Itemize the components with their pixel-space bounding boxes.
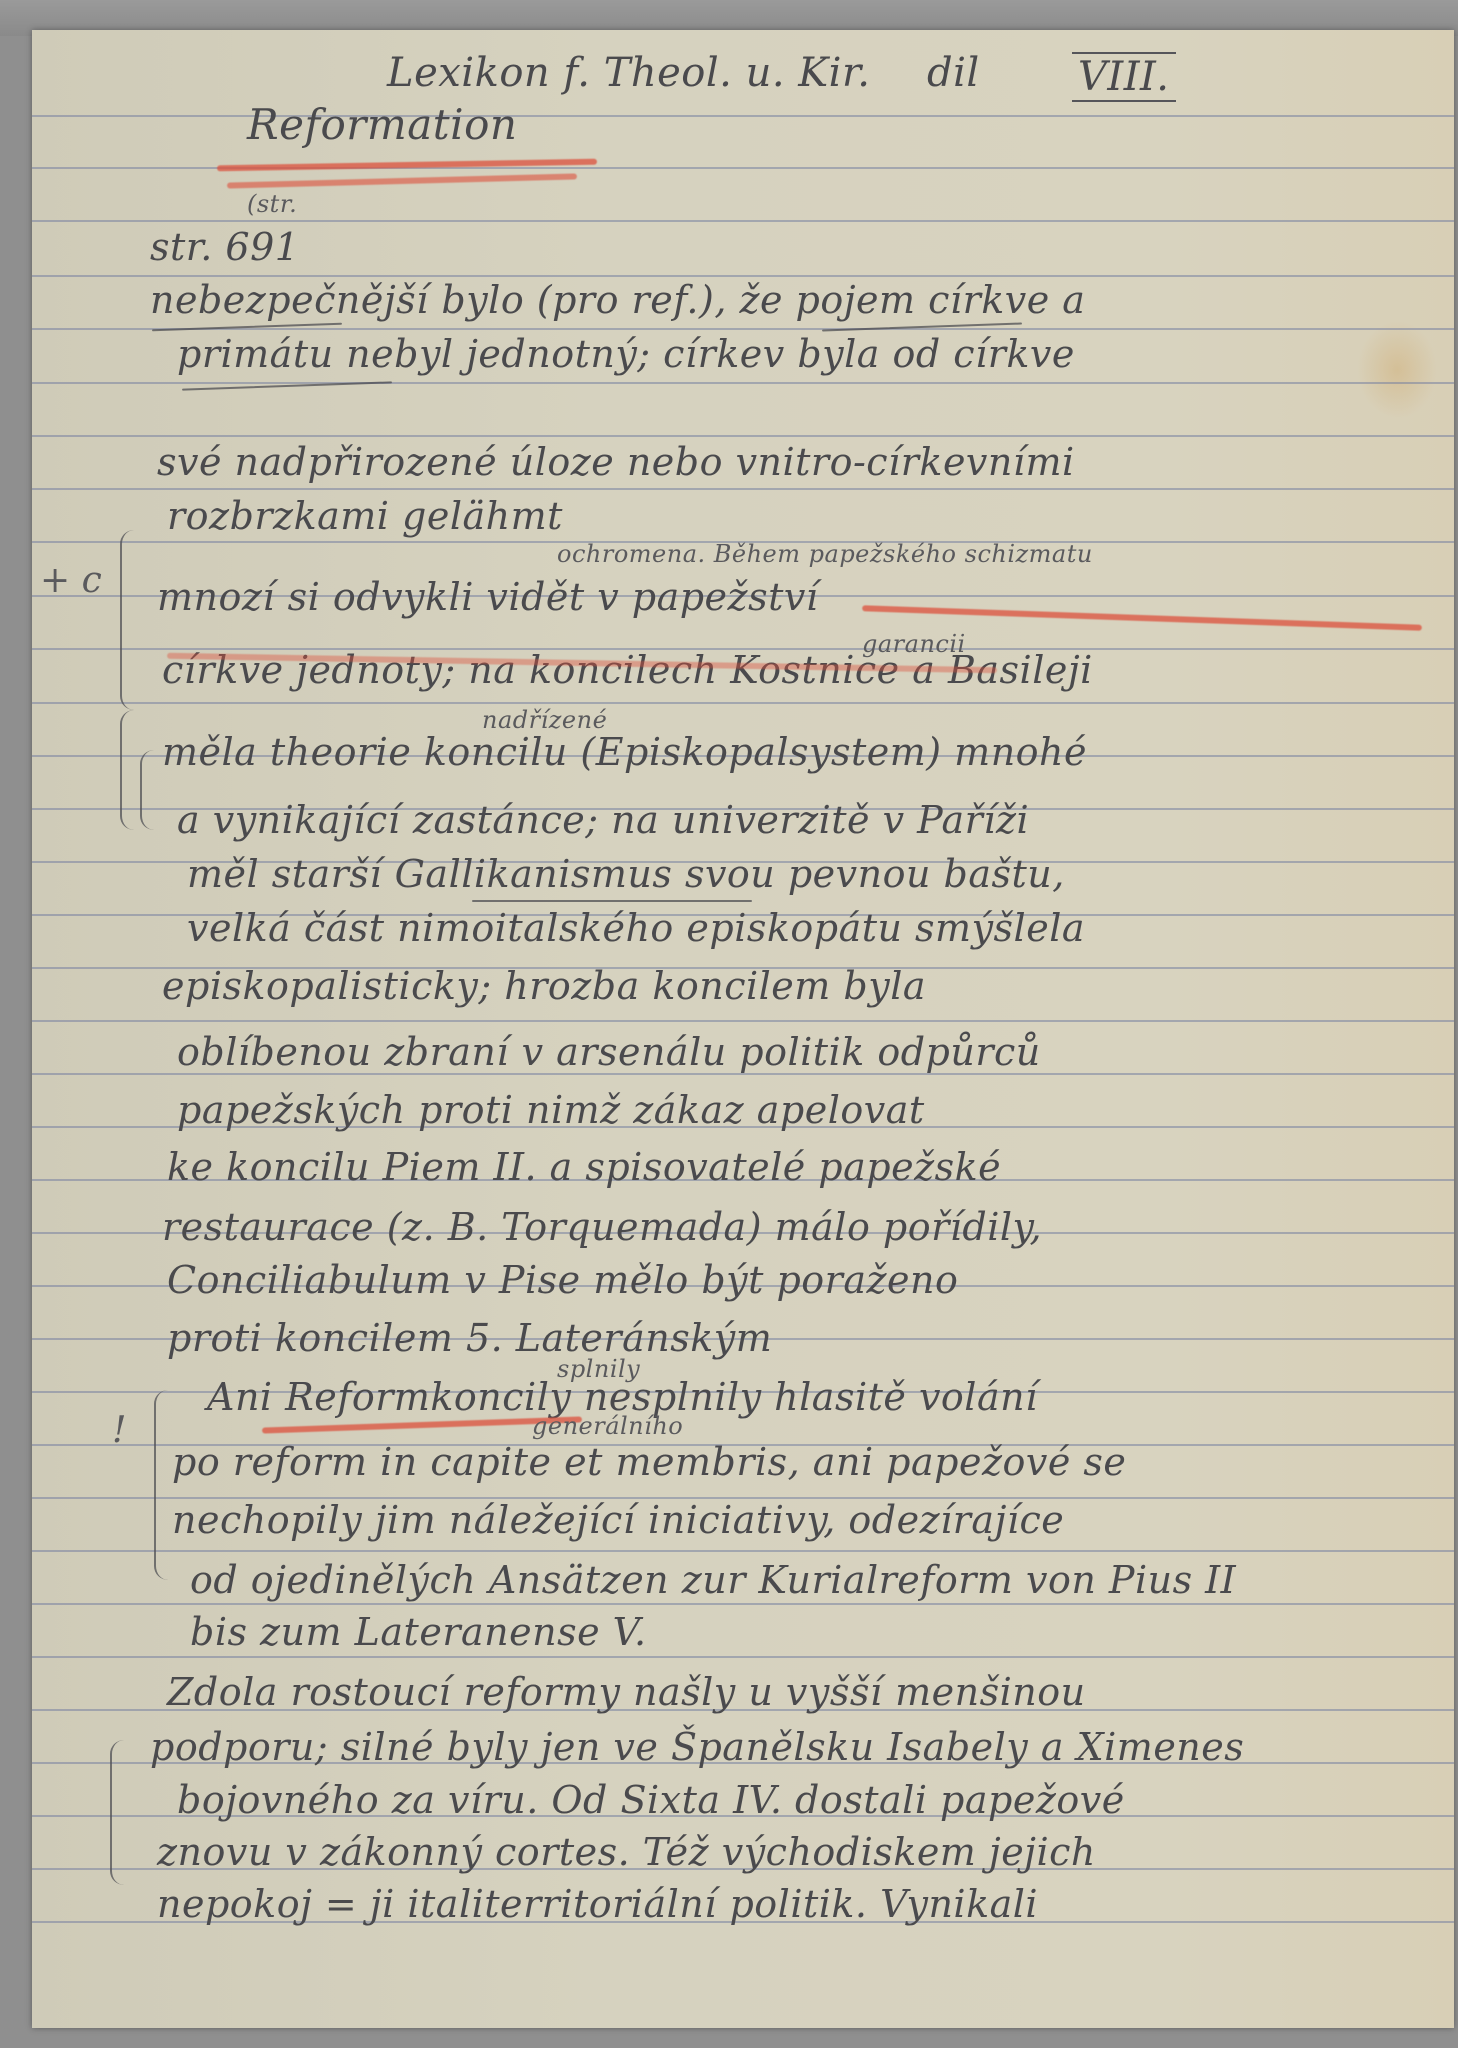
header-volume-label: dil bbox=[927, 50, 980, 96]
page-reference: str. 691 bbox=[150, 225, 299, 269]
ruled-line bbox=[32, 1020, 1454, 1022]
ruled-line bbox=[32, 382, 1454, 384]
text-line-2: primátu nebyl jednotný; církev byla od c… bbox=[177, 332, 1075, 376]
margin-brace bbox=[110, 1740, 130, 1885]
text-line-7-annotation: nadřízené bbox=[482, 706, 607, 734]
ruled-line bbox=[32, 488, 1454, 490]
text-line-3: své nadpřirozené úloze nebo vnitro-círke… bbox=[157, 440, 1075, 484]
text-line-13: papežských proti nimž zákaz apelovat bbox=[177, 1088, 925, 1132]
text-line-6-annotation: garancii bbox=[862, 630, 966, 658]
pencil-underline bbox=[822, 323, 1022, 332]
ruled-line bbox=[32, 115, 1454, 117]
header-volume-number: VIII. bbox=[1072, 52, 1176, 102]
ruled-line bbox=[32, 435, 1454, 437]
manuscript-sheet: Lexikon f. Theol. u. Kir. dil VIII. Refo… bbox=[32, 30, 1454, 2028]
heading-red-underline bbox=[217, 159, 597, 172]
pencil-underline bbox=[152, 323, 342, 332]
ruled-line bbox=[32, 1550, 1454, 1552]
heading-annotation: (str. bbox=[247, 190, 297, 218]
text-line-18-annotation: splnily bbox=[557, 1355, 640, 1383]
text-line-16: Conciliabulum v Pise mělo být poraženo bbox=[167, 1258, 958, 1302]
text-line-25: bojovného za víru. Od Sixta IV. dostali … bbox=[177, 1778, 1125, 1822]
text-line-27: nepokoj = ji italiterritoriální politik.… bbox=[157, 1882, 1038, 1926]
text-line-20: nechopily jim náležející iniciativy, ode… bbox=[172, 1498, 1064, 1542]
text-line-12: oblíbenou zbraní v arsenálu politik odpů… bbox=[177, 1030, 1041, 1074]
margin-bracket bbox=[120, 710, 140, 830]
text-line-14: ke koncilu Piem II. a spisovatelé papežs… bbox=[167, 1145, 1001, 1189]
pencil-underline bbox=[472, 900, 752, 902]
text-line-19-annotation: generálního bbox=[532, 1412, 683, 1440]
text-line-4-annotation: ochromena. Během papežského schizmatu bbox=[557, 540, 1093, 568]
text-line-24: podporu; silné byly jen ve Španělsku Isa… bbox=[150, 1725, 1244, 1769]
text-line-5: mnozí si odvykli vidět v papežství bbox=[157, 575, 818, 619]
page-heading: Reformation bbox=[247, 100, 517, 149]
text-line-19: po reform in capite et membris, ani pape… bbox=[172, 1440, 1126, 1484]
margin-bracket bbox=[140, 750, 156, 830]
text-line-17: proti koncilem 5. Lateránským bbox=[167, 1316, 772, 1360]
text-line-4: rozbrzkami gelähmt bbox=[167, 494, 563, 538]
text-line-21: od ojedinělých Ansätzen zur Kurialreform… bbox=[190, 1558, 1236, 1602]
heading-red-underline-2 bbox=[227, 173, 577, 188]
text-line-11: episkopalisticky; hrozba koncilem byla bbox=[162, 964, 926, 1008]
text-line-9: měl starší Gallikanismus svou pevnou baš… bbox=[187, 852, 1065, 896]
text-line-22: bis zum Lateranense V. bbox=[190, 1610, 647, 1654]
text-line-1: nebezpečnější bylo (pro ref.), že pojem … bbox=[150, 278, 1085, 322]
ruled-line bbox=[32, 220, 1454, 222]
ruled-line bbox=[32, 1603, 1454, 1605]
margin-bracket bbox=[120, 530, 140, 710]
ruled-line bbox=[32, 328, 1454, 330]
header-title: Lexikon f. Theol. u. Kir. bbox=[387, 50, 870, 96]
text-line-10: velká část nimoitalského episkopátu smýš… bbox=[187, 906, 1085, 950]
text-line-8: a vynikající zastánce; na univerzitě v P… bbox=[177, 798, 1029, 842]
text-line-15: restaurace (z. B. Torquemada) málo poříd… bbox=[162, 1205, 1042, 1249]
ruled-line bbox=[32, 275, 1454, 277]
margin-bracket bbox=[154, 1390, 174, 1580]
margin-mark-plus: + c bbox=[40, 560, 102, 601]
text-line-26: znovu v zákonný cortes. Též východiskem … bbox=[157, 1830, 1096, 1874]
ruled-line bbox=[32, 702, 1454, 704]
text-line-23: Zdola rostoucí reformy našly u vyšší men… bbox=[167, 1670, 1086, 1714]
text-line-7: měla theorie koncilu (Episkopalsystem) m… bbox=[162, 730, 1087, 774]
margin-mark-exclamation: ! bbox=[112, 1410, 126, 1451]
red-underline bbox=[862, 605, 1422, 631]
ruled-line bbox=[32, 1656, 1454, 1658]
